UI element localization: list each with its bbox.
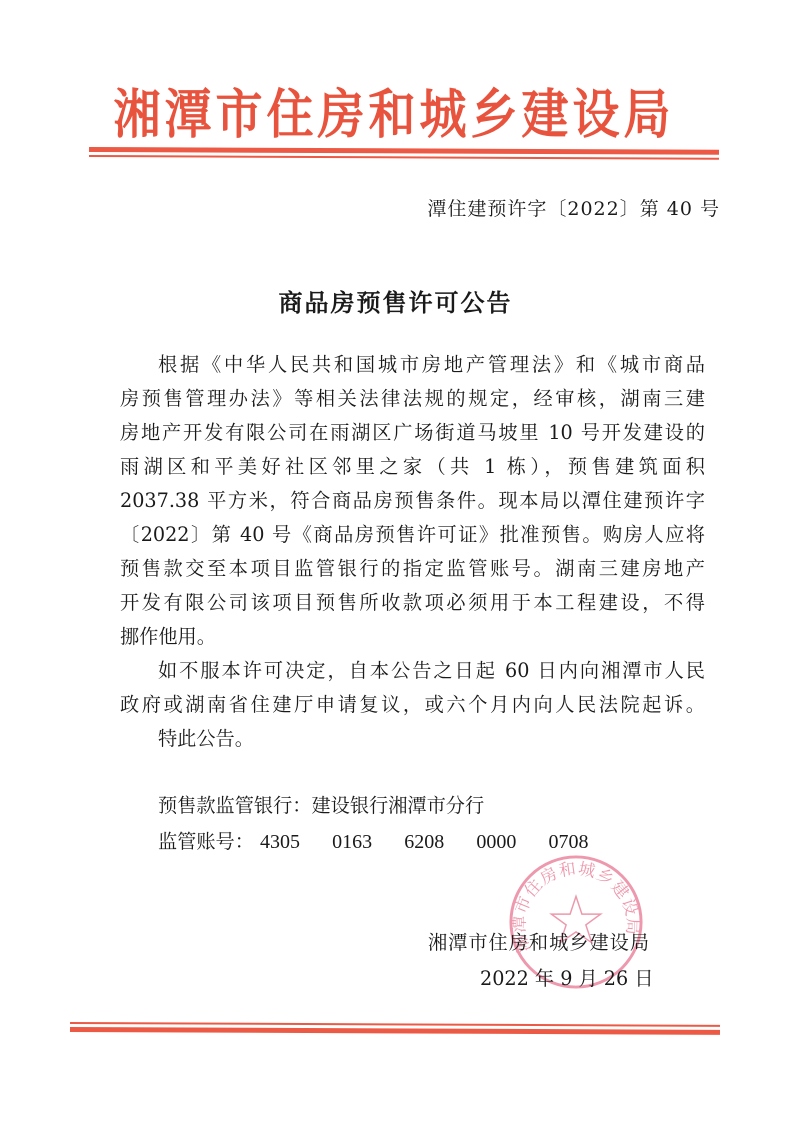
divider-thin-line: [89, 155, 719, 160]
signature-block: 湘潭市住房和城乡建设局 2022 年 9 月 26 日: [428, 925, 654, 997]
account-number-group: 0163: [332, 824, 372, 860]
account-number-group: 4305: [260, 824, 300, 860]
body-line: 预售款交至本项目监管银行的指定监管账号。湖南三建房地产: [120, 552, 705, 586]
body-line: 挪作他用。: [120, 620, 705, 654]
body-line: 〔2022〕第 40 号《商品房预售许可证》批准预售。购房人应将: [120, 518, 705, 552]
bank-value: 建设银行湘潭市分行: [312, 794, 485, 817]
body-line: 如不服本许可决定，自本公告之日起 60 日内向湘潭市人民: [120, 654, 705, 688]
body-line: 政府或湖南省住建厅申请复议，或六个月内向人民法院起诉。: [120, 688, 705, 722]
body-line: 房地产开发有限公司在雨湖区广场街道马坡里 10 号开发建设的: [120, 416, 705, 450]
divider-thick-line: [70, 1027, 720, 1035]
divider-thin-line: [70, 1022, 720, 1027]
closing-line: 特此公告。: [120, 722, 705, 756]
bank-row: 预售款监管银行：建设银行湘潭市分行: [158, 788, 614, 824]
bank-label: 预售款监管银行：: [158, 794, 312, 817]
body-line: 根据《中华人民共和国城市房地产管理法》和《城市商品: [120, 348, 705, 382]
body-line: 房预售管理办法》等相关法律法规的规定，经审核，湖南三建: [120, 382, 705, 416]
footer-divider: [70, 1022, 720, 1039]
body-line: 2037.38 平方米，符合商品房预售条件。现本局以潭住建预许字: [120, 484, 705, 518]
letterhead-divider: [89, 147, 719, 164]
signing-organization: 湘潭市住房和城乡建设局: [428, 925, 654, 961]
account-number-group: 6208: [404, 824, 444, 860]
letterhead-title: 湘潭市住房和城乡建设局: [104, 82, 684, 149]
document-number: 潭住建预许字〔2022〕第 40 号: [420, 194, 720, 224]
notice-body: 根据《中华人民共和国城市房地产管理法》和《城市商品 房预售管理办法》等相关法律法…: [120, 348, 705, 756]
document-page: 湘潭市住房和城乡建设局 潭住建预许字〔2022〕第 40 号 商品房预售许可公告…: [0, 0, 791, 1121]
body-line: 雨湖区和平美好社区邻里之家（共 1 栋），预售建筑面积: [120, 450, 705, 484]
body-line: 开发有限公司该项目预售所收款项必须用于本工程建设，不得: [120, 586, 705, 620]
notice-title: 商品房预售许可公告: [0, 283, 791, 323]
signing-date: 2022 年 9 月 26 日: [428, 961, 654, 997]
bank-info: 预售款监管银行：建设银行湘潭市分行 监管账号： 4305 0163 6208 0…: [158, 788, 614, 860]
account-label: 监管账号：: [158, 830, 254, 853]
